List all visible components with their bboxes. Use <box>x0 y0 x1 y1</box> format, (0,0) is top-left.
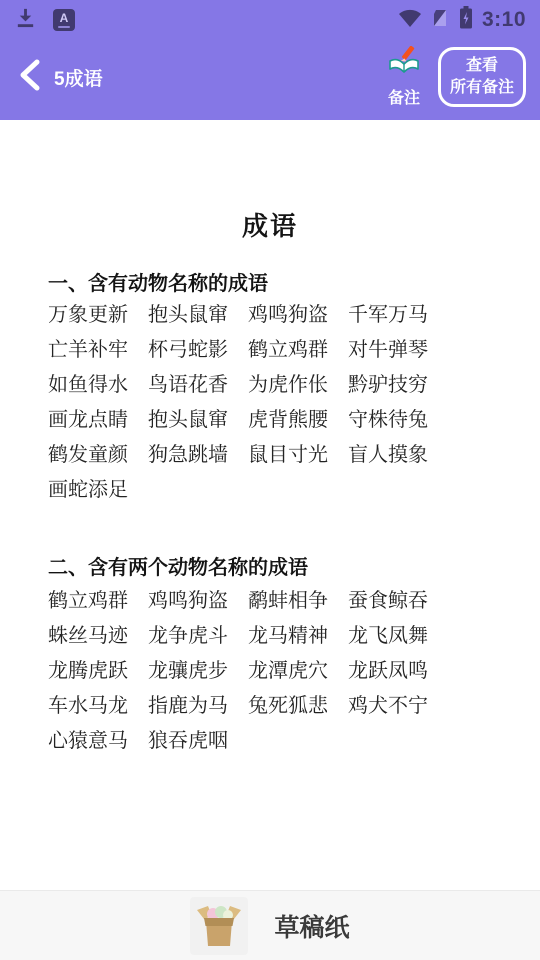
idiom-row: 如鱼得水 鸟语花香 为虎作伥 黔驴技穷 <box>48 368 492 403</box>
back-button[interactable] <box>10 55 48 99</box>
idiom-row: 画蛇添足 <box>48 473 492 508</box>
app-header: 5成语 备注 查看 所有备注 <box>0 40 540 120</box>
a-badge-subtext <box>58 26 70 28</box>
scratch-paper-button[interactable]: 草稿纸 <box>0 890 540 960</box>
a-badge-letter: A <box>60 12 69 24</box>
notes-button[interactable]: 备注 <box>386 46 422 108</box>
notes-label: 备注 <box>388 85 420 108</box>
idiom-row: 心猿意马 狼吞虎咽 <box>48 724 492 759</box>
status-bar: A 3:10 <box>0 0 540 40</box>
status-bar-right: 3:10 <box>398 6 526 34</box>
app-screen: A 3:10 <box>0 0 540 960</box>
view-all-notes-line2: 所有备注 <box>450 77 514 99</box>
wifi-icon <box>398 8 422 33</box>
header-actions: 备注 查看 所有备注 <box>386 46 526 108</box>
section-heading: 一、含有动物名称的成语 <box>48 270 492 298</box>
view-all-notes-button[interactable]: 查看 所有备注 <box>438 47 526 106</box>
idiom-row: 鹤立鸡群 鸡鸣狗盗 鹬蚌相争 蚕食鲸吞 <box>48 584 492 619</box>
idiom-row: 蛛丝马迹 龙争虎斗 龙马精神 龙飞凤舞 <box>48 619 492 654</box>
idiom-row: 车水马龙 指鹿为马 兔死狐悲 鸡犬不宁 <box>48 689 492 724</box>
idiom-row: 鹤发童颜 狗急跳墙 鼠目寸光 盲人摸象 <box>48 438 492 473</box>
open-box-icon <box>190 897 248 955</box>
scratch-paper-label: 草稿纸 <box>274 908 349 944</box>
idiom-row: 亡羊补牢 杯弓蛇影 鹤立鸡群 对牛弹琴 <box>48 333 492 368</box>
document-title: 成语 <box>48 206 492 243</box>
a-badge-icon: A <box>53 9 75 31</box>
chevron-left-icon <box>16 58 42 97</box>
idiom-row: 龙腾虎跃 龙骧虎步 龙潭虎穴 龙跃凤鸣 <box>48 654 492 689</box>
no-sim-icon <box>431 7 450 34</box>
download-icon <box>14 6 37 34</box>
battery-charging-icon <box>459 6 473 34</box>
status-time: 3:10 <box>482 8 526 32</box>
section-heading: 二、含有两个动物名称的成语 <box>48 554 492 582</box>
document-content: 成语 一、含有动物名称的成语 万象更新 抱头鼠窜 鸡鸣狗盗 千军万马 亡羊补牢 … <box>0 120 540 960</box>
status-bar-left: A <box>14 6 75 34</box>
notebook-pencil-icon <box>386 46 422 83</box>
section-two-animal-idioms: 二、含有两个动物名称的成语 鹤立鸡群 鸡鸣狗盗 鹬蚌相争 蚕食鲸吞 蛛丝马迹 龙… <box>48 554 492 759</box>
idiom-row: 画龙点睛 抱头鼠窜 虎背熊腰 守株待兔 <box>48 403 492 438</box>
view-all-notes-line1: 查看 <box>450 55 514 77</box>
idiom-row: 万象更新 抱头鼠窜 鸡鸣狗盗 千军万马 <box>48 298 492 333</box>
section-animal-idioms: 一、含有动物名称的成语 万象更新 抱头鼠窜 鸡鸣狗盗 千军万马 亡羊补牢 杯弓蛇… <box>48 270 492 508</box>
page-title: 5成语 <box>54 64 103 91</box>
